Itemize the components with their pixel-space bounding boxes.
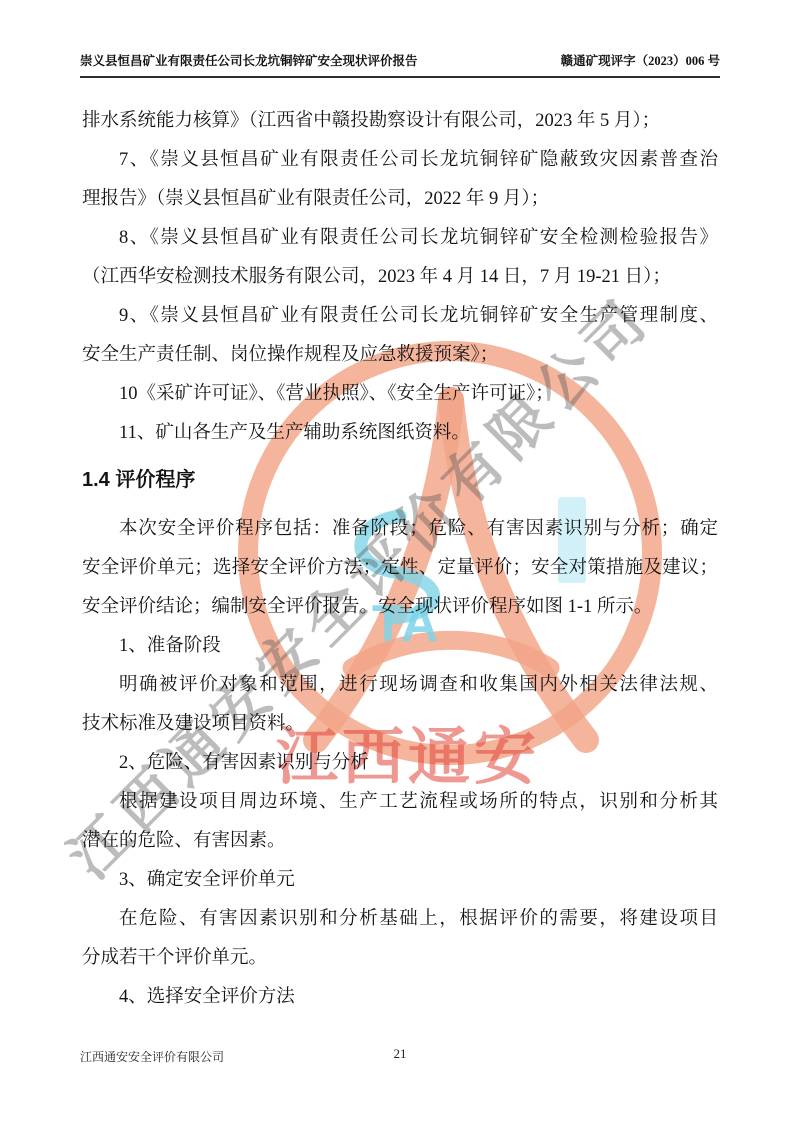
text-line: 安全生产责任制、岗位操作规程及应急救援预案》；	[82, 336, 718, 375]
text-line: 9、《崇义县恒昌矿业有限责任公司长龙坑铜锌矿安全生产管理制度、	[82, 297, 718, 336]
text-line: 4、选择安全评价方法	[82, 978, 718, 1017]
text-line: 根据建设项目周边环境、生产工艺流程或场所的特点，识别和分析其	[82, 783, 718, 822]
page-header: 崇义县恒昌矿业有限责任公司长龙坑铜锌矿安全现状评价报告 赣通矿现评字（2023）…	[80, 51, 720, 69]
text-line: 技术标准及建设项目资料。	[82, 705, 718, 744]
text-line: 1、准备阶段	[82, 627, 718, 666]
text-line: 明确被评价对象和范围，进行现场调查和收集国内外相关法律法规、	[82, 666, 718, 705]
text-line: 本次安全评价程序包括：准备阶段；危险、有害因素识别与分析；确定	[82, 510, 718, 549]
body-text: 排水系统能力核算》（江西省中赣投勘察设计有限公司，2023 年 5 月）；7、《…	[82, 102, 718, 1017]
text-line: 8、《崇义县恒昌矿业有限责任公司长龙坑铜锌矿安全检测检验报告》	[82, 219, 718, 258]
text-line: 3、确定安全评价单元	[82, 861, 718, 900]
text-line: 安全评价结论；编制安全评价报告。安全现状评价程序如图 1-1 所示。	[82, 588, 718, 627]
text-line: 10《采矿许可证》、《营业执照》、《安全生产许可证》；	[82, 375, 718, 414]
text-line: 在危险、有害因素识别和分析基础上，根据评价的需要，将建设项目	[82, 900, 718, 939]
text-line: 排水系统能力核算》（江西省中赣投勘察设计有限公司，2023 年 5 月）；	[82, 102, 718, 141]
text-line: （江西华安检测技术服务有限公司，2023 年 4 月 14 日，7 月 19-2…	[82, 258, 718, 297]
footer-page-number: 21	[80, 1046, 720, 1062]
header-report-title: 崇义县恒昌矿业有限责任公司长龙坑铜锌矿安全现状评价报告	[80, 51, 418, 69]
page-footer: 江西通安安全评价有限公司 21	[80, 1044, 720, 1068]
text-line: 7、《崇义县恒昌矿业有限责任公司长龙坑铜锌矿隐蔽致灾因素普查治	[82, 141, 718, 180]
text-line: 2、危险、有害因素识别与分析	[82, 744, 718, 783]
text-line: 安全评价单元；选择安全评价方法；定性、定量评价；安全对策措施及建议；	[82, 549, 718, 588]
text-line: 11、矿山各生产及生产辅助系统图纸资料。	[82, 414, 718, 453]
header-rule	[80, 76, 720, 78]
document-page: TA 江西通安安全评价有限公司 江西通安 崇义县恒昌矿业有限责任公司长龙坑铜锌矿…	[0, 0, 800, 1131]
text-line: 潜在的危险、有害因素。	[82, 822, 718, 861]
text-line: 1.4 评价程序	[82, 461, 718, 500]
header-doc-number: 赣通矿现评字（2023）006 号	[561, 51, 720, 69]
text-line: 理报告》（崇义县恒昌矿业有限责任公司，2022 年 9 月）；	[82, 180, 718, 219]
text-line: 分成若干个评价单元。	[82, 939, 718, 978]
